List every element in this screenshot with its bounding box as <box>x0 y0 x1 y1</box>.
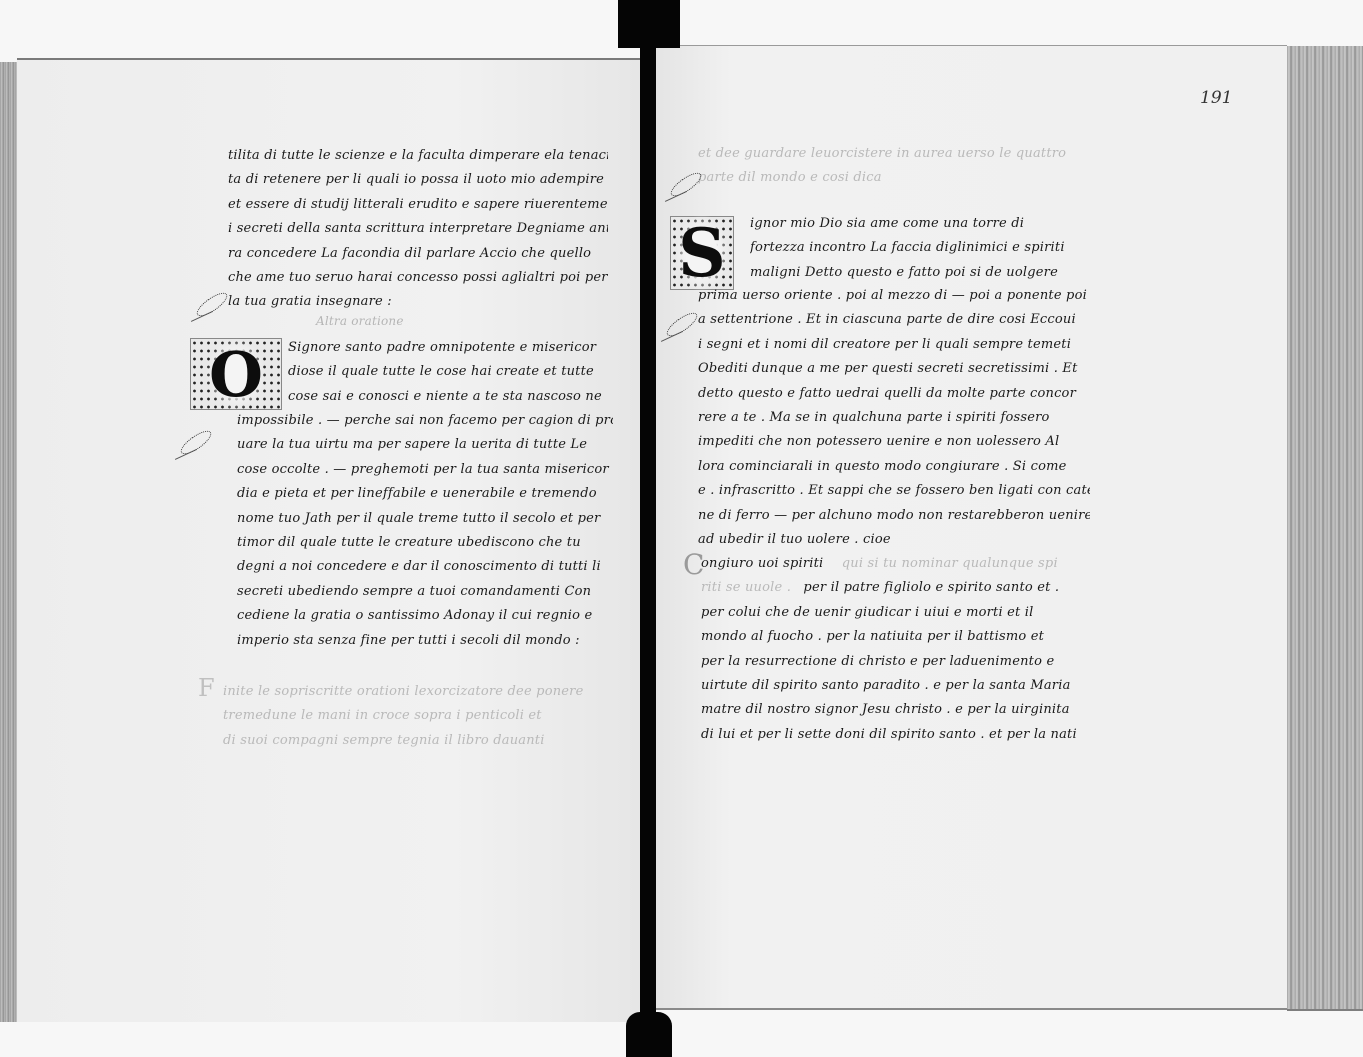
bookmark-ribbon-tail <box>626 1012 672 1057</box>
text-line: di suoi compagni sempre tegnia il libro … <box>223 729 613 753</box>
text-line: cediene la gratia o santissimo Adonay il… <box>237 604 613 628</box>
text-line: ra concedere La facondia dil parlare Acc… <box>228 242 608 266</box>
faint-segment: qui si tu nominar qualunque spi <box>842 556 1058 571</box>
text-line: i segni et i nomi dil creatore per li qu… <box>698 333 1090 357</box>
right-faint-top: et dee guardare leuorcistere in aurea ue… <box>698 142 1088 191</box>
text-line: timor dil quale tutte le creature ubedis… <box>237 531 613 555</box>
book-gutter <box>640 48 656 1018</box>
text-line: ignor mio Dio sia ame come una torre di <box>750 212 1090 236</box>
text-line: per la resurrectione di christo e per la… <box>701 650 1091 674</box>
text-line: i secreti della santa scrittura interpre… <box>228 217 608 241</box>
folio-number: 191 <box>1200 88 1232 108</box>
text-line: detto questo e fatto uedrai quelli da mo… <box>698 382 1090 406</box>
decorated-initial-o: O <box>190 338 282 410</box>
initial-letter: O <box>206 338 266 411</box>
text-line: nome tuo Jath per il quale treme tutto i… <box>237 507 613 531</box>
right-conjuration: ongiuro uoi spiriti qui si tu nominar qu… <box>701 552 1091 747</box>
right-body: prima uerso oriente . poi al mezzo di — … <box>698 284 1090 552</box>
text-line: et dee guardare leuorcistere in aurea ue… <box>698 142 1088 166</box>
prayer-body: impossibile . — perche sai non facemo pe… <box>237 409 613 653</box>
text-line: fortezza incontro La faccia diglinimici … <box>750 236 1090 260</box>
text-line: dia e pieta et per lineffabile e uenerab… <box>237 482 613 506</box>
text-line: degni a noi concedere e dar il conoscime… <box>237 555 613 579</box>
decorated-initial-s: S <box>670 216 734 290</box>
text-line: maligni Detto questo e fatto poi si de u… <box>750 261 1090 285</box>
text-line: Obediti dunque a me per questi secreti s… <box>698 357 1090 381</box>
text-line: ongiuro uoi spiriti qui si tu nominar qu… <box>701 552 1091 576</box>
text-line: tilita di tutte le scienze e la faculta … <box>228 144 608 168</box>
text-line: mondo al fuocho . per la natiuita per il… <box>701 625 1091 649</box>
text-line: tremedune le mani in croce sopra i penti… <box>223 704 613 728</box>
text-line: la tua gratia insegnare : <box>228 290 608 314</box>
text-segment: ongiuro uoi spiriti <box>701 556 823 571</box>
text-line: cose occolte . — preghemoti per la tua s… <box>237 458 613 482</box>
text-line: che ame tuo seruo harai concesso possi a… <box>228 266 608 290</box>
prayer-indented: Signore santo padre omnipotente e miseri… <box>288 336 613 409</box>
text-line: inite le sopriscritte orationi lexorciza… <box>223 680 613 704</box>
right-page-edges <box>1287 46 1363 1011</box>
text-line: ne di ferro — per alchuno modo non resta… <box>698 504 1090 528</box>
text-line: parte dil mondo e cosi dica <box>698 166 1088 190</box>
text-line: impossibile . — perche sai non facemo pe… <box>237 409 613 433</box>
text-line: uirtute dil spirito santo paradito . e p… <box>701 674 1091 698</box>
text-segment: per il patre figliolo e spirito santo et… <box>803 580 1059 595</box>
text-line: secreti ubediendo sempre a tuoi comandam… <box>237 580 613 604</box>
bookmark-ribbon-top <box>618 0 680 48</box>
text-line: diose il quale tutte le cose hai create … <box>288 360 613 384</box>
faint-segment: riti se uuole . <box>701 580 791 595</box>
text-line: di lui et per li sette doni dil spirito … <box>701 723 1091 747</box>
text-line: cose sai e conosci e niente a te sta nas… <box>288 385 613 409</box>
text-line: rere a te . Ma se in qualchuna parte i s… <box>698 406 1090 430</box>
left-top-paragraph: tilita di tutte le scienze e la faculta … <box>228 144 608 315</box>
text-line: lora cominciarali in questo modo congiur… <box>698 455 1090 479</box>
text-line: imperio sta senza fine per tutti i secol… <box>237 629 613 653</box>
text-line: a settentrione . Et in ciascuna parte de… <box>698 308 1090 332</box>
left-page-edges <box>0 62 18 1022</box>
text-line: e . infrascritto . Et sappi che se fosse… <box>698 479 1090 503</box>
text-line: riti se uuole . per il patre figliolo e … <box>701 576 1091 600</box>
faint-initial-f: F <box>198 674 215 702</box>
text-line: et essere di studij litterali erudito e … <box>228 193 608 217</box>
text-line: per colui che de uenir giudicar i uiui e… <box>701 601 1091 625</box>
right-indented: ignor mio Dio sia ame come una torre di … <box>750 212 1090 285</box>
text-line: uare la tua uirtu ma per sapere la uerit… <box>237 433 613 457</box>
initial-letter: S <box>675 214 729 292</box>
text-line: ad ubedir il tuo uolere . cioe <box>698 528 1090 552</box>
left-faint-paragraph: inite le sopriscritte orationi lexorciza… <box>223 680 613 753</box>
text-line: impediti che non potessero uenire e non … <box>698 430 1090 454</box>
text-line: Signore santo padre omnipotente e miseri… <box>288 336 613 360</box>
text-line: prima uerso oriente . poi al mezzo di — … <box>698 284 1090 308</box>
text-line: ta di retenere per li quali io possa il … <box>228 168 608 192</box>
text-line: matre dil nostro signor Jesu christo . e… <box>701 698 1091 722</box>
section-heading: Altra oratione <box>316 314 404 328</box>
